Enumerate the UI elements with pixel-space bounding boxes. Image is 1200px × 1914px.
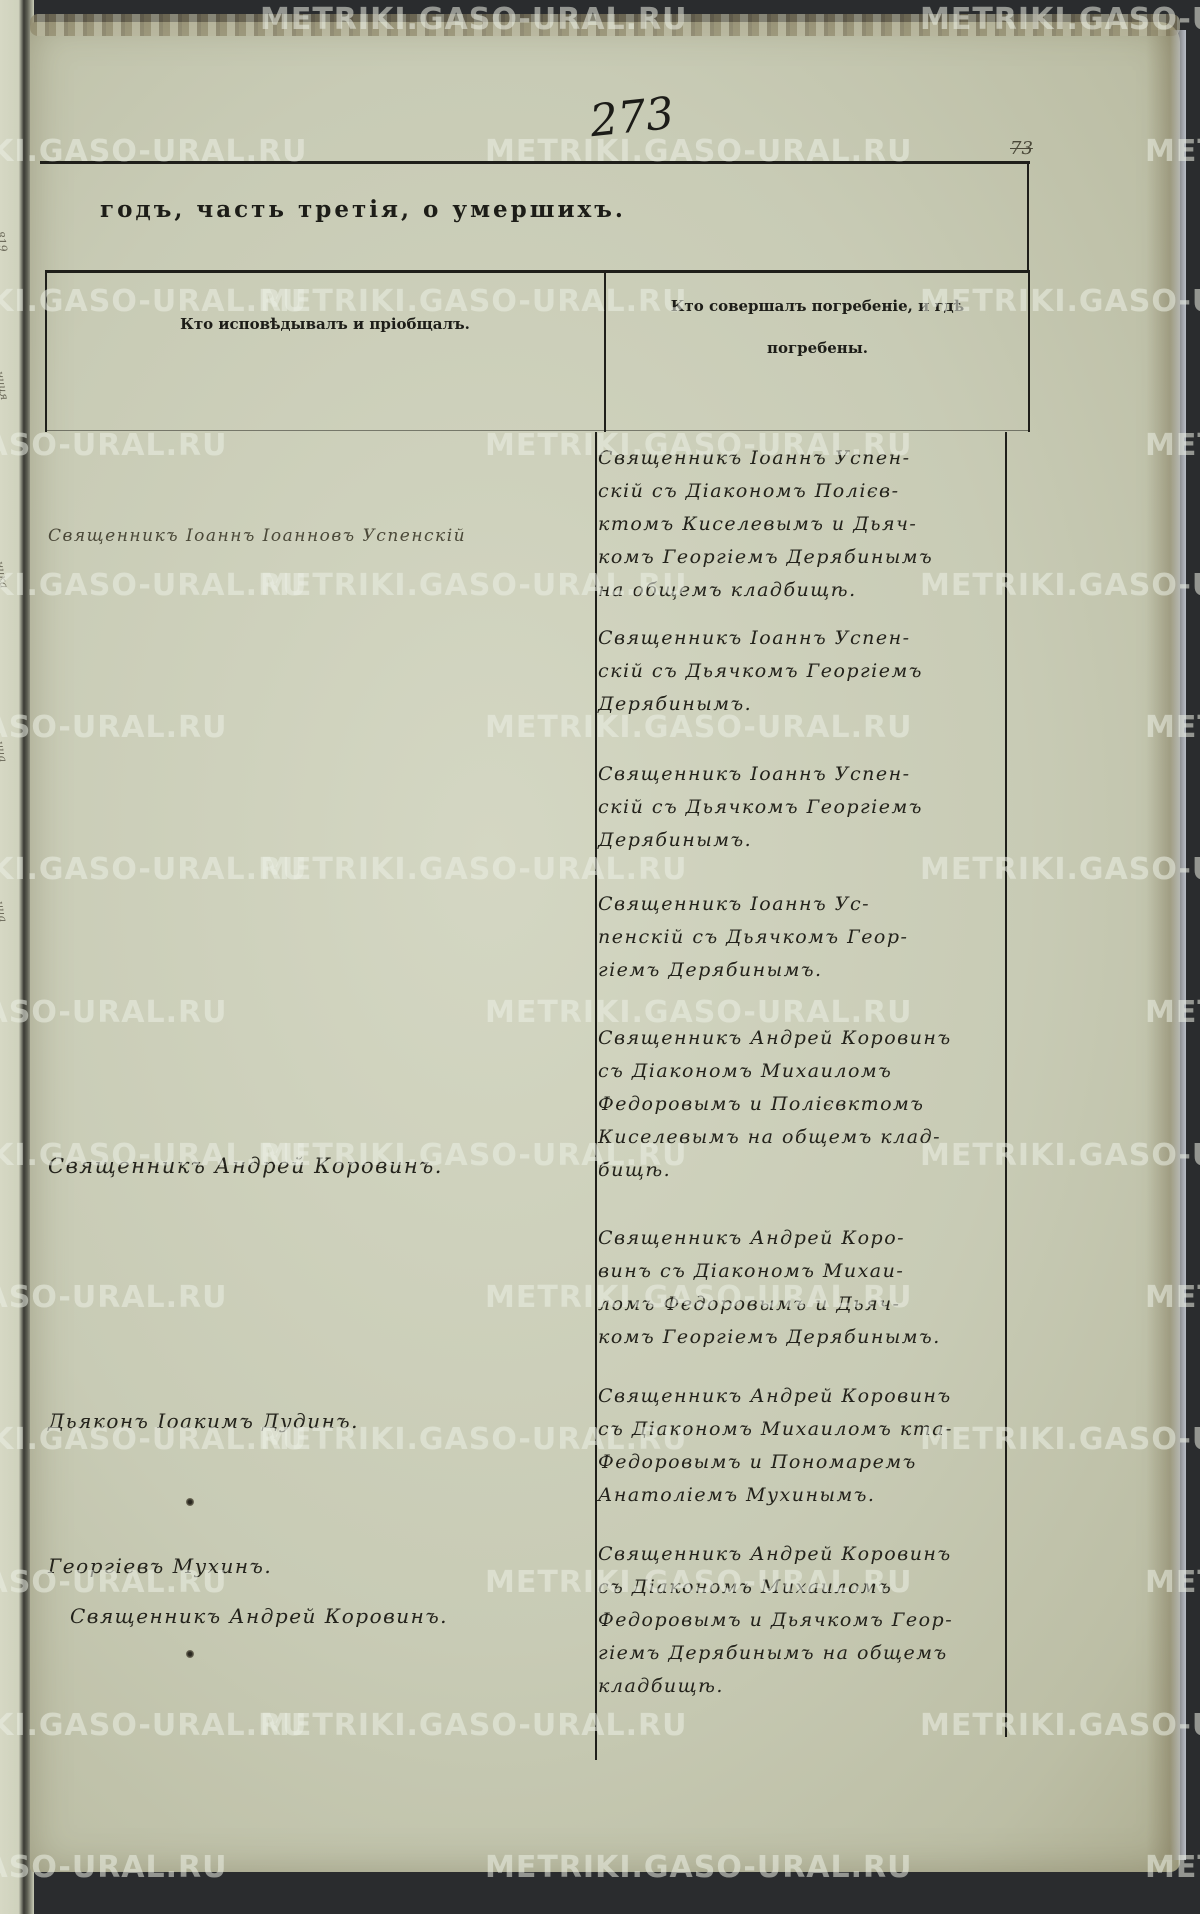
burial-entry-line: съ Діакономъ Михаиломъ кта- — [598, 1413, 1028, 1446]
burial-entry-line: Священникъ Іоаннъ Успен- — [598, 442, 1028, 475]
burial-entry-line: скій съ Дьячкомъ Георгіемъ — [598, 655, 1028, 688]
burial-entry-line: ктомъ Киселевымъ и Дьяч- — [598, 508, 1028, 541]
burial-entry-line: Священникъ Андрей Коровинъ — [598, 1022, 1028, 1055]
burial-entry-line: Федоровымъ и Пономаремъ — [598, 1446, 1028, 1479]
burial-entry: Священникъ Андрей Коро- винъ съ Діаконом… — [598, 1222, 1028, 1354]
title-box-right-rule — [1027, 163, 1029, 273]
burial-entry-line: бищѣ. — [598, 1154, 1028, 1187]
binding-note: ника — [0, 560, 11, 589]
confessor-entry: Дьяконъ Іоакимъ Дудинъ. — [48, 1405, 588, 1438]
binding-note: ица — [0, 740, 10, 763]
burial-entry-line: на общемъ кладбищѣ. — [598, 574, 1028, 607]
table-right-border — [1028, 272, 1030, 432]
binding-note: ица — [0, 900, 10, 923]
burial-entry-line: скій съ Дьячкомъ Георгіемъ — [598, 791, 1028, 824]
burial-entry-line: комъ Георгіемъ Дерябинымъ. — [598, 1321, 1028, 1354]
burial-entry-line: Дерябинымъ. — [598, 688, 1028, 721]
burial-entry-line: ломъ Федоровымъ и Дьяч- — [598, 1288, 1028, 1321]
burial-entry-line: кладбищѣ. — [598, 1670, 1028, 1703]
page-number: 273 — [588, 88, 677, 147]
column-header-burial-line2: погребены. — [610, 334, 1025, 362]
burial-entry-line: съ Діакономъ Михаиломъ — [598, 1055, 1028, 1088]
burial-entry: Священникъ Андрей Коровинъ съ Діакономъ … — [598, 1022, 1028, 1187]
burial-entry-line: Федоровымъ и Полієвктомъ — [598, 1088, 1028, 1121]
burial-entry-line: скій съ Діакономъ Полієв- — [598, 475, 1028, 508]
burial-entry-line: Киселевымъ на общемъ клад- — [598, 1121, 1028, 1154]
column-divider — [604, 272, 606, 432]
burial-entry: Священникъ Іоаннъ Ус- пенскій съ Дьячком… — [598, 888, 1028, 987]
binding-note: ниця — [0, 370, 11, 401]
torn-page-edge — [30, 14, 1180, 36]
column-header-burial: Кто совершалъ погребеніе, и гдѣ погребен… — [610, 292, 1025, 362]
pin-hole — [186, 1498, 194, 1506]
column-divider-lower — [595, 432, 597, 1760]
burial-entry-line: гіемъ Дерябинымъ. — [598, 954, 1028, 987]
pin-hole — [186, 1650, 194, 1658]
folio-mark: 73 — [1010, 138, 1033, 159]
top-rule — [40, 161, 1030, 164]
column-header-burial-line1: Кто совершалъ погребеніе, и гдѣ — [610, 292, 1025, 320]
burial-entry-line: Священникъ Андрей Коро- — [598, 1222, 1028, 1255]
burial-entry: Священникъ Андрей Коровинъ съ Діакономъ … — [598, 1380, 1028, 1512]
burial-entry-line: Дерябинымъ. — [598, 824, 1028, 857]
burial-entry-line: Федоровымъ и Дьячкомъ Геор- — [598, 1604, 1028, 1637]
burial-entry-line: Священникъ Іоаннъ Успен- — [598, 622, 1028, 655]
burial-entry: Священникъ Іоаннъ Успен- скій съ Діаконо… — [598, 442, 1028, 607]
burial-entry-line: Священникъ Андрей Коровинъ — [598, 1380, 1028, 1413]
burial-entry-line: пенскій съ Дьячкомъ Геор- — [598, 921, 1028, 954]
confessor-entry: Священникъ Андрей Коровинъ. — [48, 1150, 588, 1183]
burial-entry: Священникъ Іоаннъ Успен- скій съ Дьячком… — [598, 758, 1028, 857]
confessor-entry: Георгіевъ Мухинъ. — [48, 1550, 588, 1583]
burial-entry-line: Анатоліемъ Мухинымъ. — [598, 1479, 1028, 1512]
burial-entry-line: комъ Георгіемъ Дерябинымъ — [598, 541, 1028, 574]
book-binding: 819 ниця ника ица ица — [0, 0, 34, 1914]
burial-entry-line: съ Діакономъ Михаиломъ — [598, 1571, 1028, 1604]
table-left-border — [45, 272, 47, 432]
burial-entry-line: Священникъ Іоаннъ Успен- — [598, 758, 1028, 791]
burial-entry-line: Священникъ Андрей Коровинъ — [598, 1538, 1028, 1571]
confessor-entry: Священникъ Андрей Коровинъ. — [70, 1600, 610, 1633]
burial-entry: Священникъ Іоаннъ Успен- скій съ Дьячком… — [598, 622, 1028, 721]
confessor-entry: Священникъ Іоаннъ Іоанновъ Успенскій — [48, 520, 588, 553]
burial-entry-line: винъ съ Діакономъ Михаи- — [598, 1255, 1028, 1288]
register-title: годъ, часть третія, о умершихъ. — [100, 196, 626, 223]
column-header-confessor-text: Кто исповѣдывалъ и пріобщалъ. — [180, 315, 470, 333]
worn-page-edge — [1146, 30, 1186, 1860]
burial-entry-line: гіемъ Дерябинымъ на общемъ — [598, 1637, 1028, 1670]
header-top-rule — [45, 270, 1030, 273]
binding-note: 819 — [0, 230, 10, 253]
burial-entry: Священникъ Андрей Коровинъ съ Діакономъ … — [598, 1538, 1028, 1703]
burial-entry-line: Священникъ Іоаннъ Ус- — [598, 888, 1028, 921]
column-header-confessor: Кто исповѣдывалъ и пріобщалъ. — [50, 310, 600, 338]
header-bottom-rule — [45, 430, 1030, 431]
